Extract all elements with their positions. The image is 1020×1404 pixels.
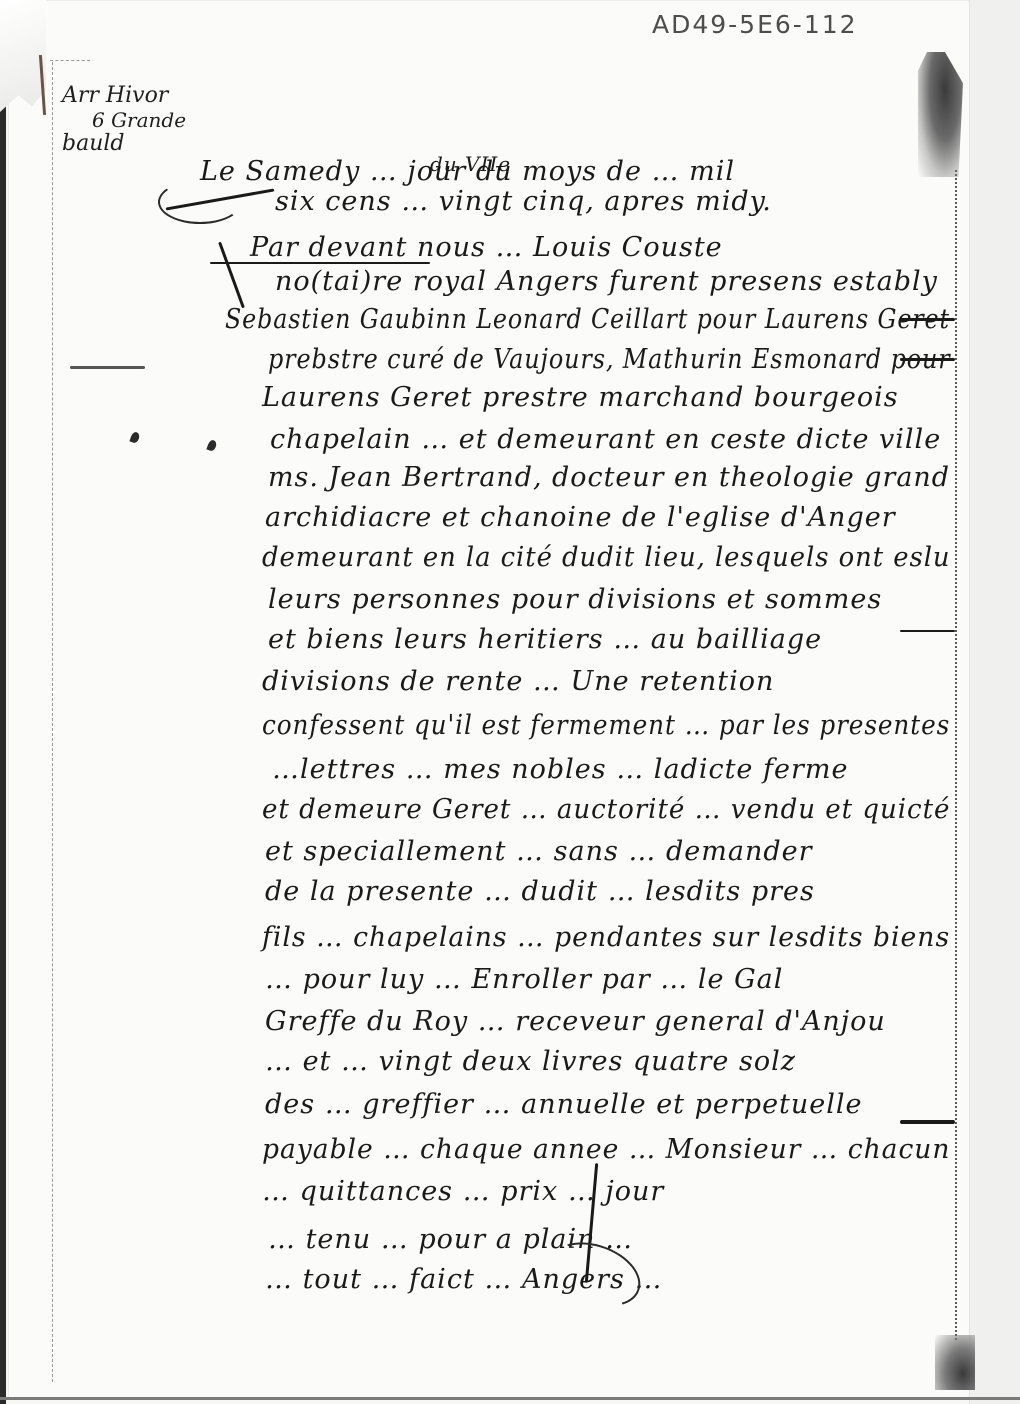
manuscript-line: ms. Jean Bertrand, docteur en theologie … [268, 462, 950, 493]
manuscript-line: Laurens Geret prestre marchand bourgeois [262, 382, 899, 413]
scan-bottom-edge [0, 1397, 1020, 1400]
margin-note-line: bauld [62, 132, 186, 156]
manuscript-line: divisions de rente … Une retention [262, 666, 774, 697]
manuscript-line: Sebastien Gaubinn Leonard Ceillart pour … [225, 304, 950, 335]
manuscript-line: six cens … vingt cinq, apres midy. [275, 186, 772, 217]
scan-left-edge [0, 0, 6, 1404]
manuscript-line: confessent qu'il est fermement … par les… [262, 710, 950, 741]
manuscript-line: … et … vingt deux livres quatre solz [265, 1046, 796, 1077]
manuscript-line: et biens leurs heritiers … au bailliage [268, 624, 822, 655]
flourish-loop [158, 180, 242, 224]
right-paper-edge [955, 170, 957, 1340]
scanned-page: AD49-5E6-112 Arr Hivor 6 Grande bauld du… [0, 0, 1020, 1404]
archive-reference: AD49-5E6-112 [652, 10, 858, 39]
manuscript-line: Par devant nous … Louis Couste [250, 232, 723, 263]
ink-smudge-bottom-right [935, 1335, 975, 1390]
manuscript-line: et demeure Geret … auctorité … vendu et … [262, 794, 950, 825]
manuscript-line: no(tai)re royal Angers furent presens es… [275, 266, 938, 297]
margin-note-line: Arr Hivor [62, 84, 186, 108]
top-margin-rule [50, 60, 90, 61]
manuscript-line: chapelain … et demeurant en ceste dicte … [270, 424, 941, 455]
margin-scribble [70, 366, 145, 369]
manuscript-line: …lettres … mes nobles … ladicte ferme [272, 754, 848, 785]
line-filler-stroke [900, 1120, 955, 1124]
manuscript-line: Greffe du Roy … receveur general d'Anjou [265, 1006, 886, 1037]
manuscript-line: prebstre curé de Vaujours, Mathurin Esmo… [268, 344, 951, 375]
line-filler-stroke [900, 630, 955, 632]
manuscript-line: … quittances … prix … jour [262, 1176, 664, 1207]
manuscript-line: … pour luy … Enroller par … le Gal [265, 964, 783, 995]
manuscript-line: des … greffier … annuelle et perpetuelle [265, 1089, 863, 1120]
manuscript-line: archidiacre et chanoine de l'eglise d'An… [265, 502, 896, 533]
manuscript-line: et speciallement … sans … demander [265, 836, 813, 867]
manuscript-line: payable … chaque annee … Monsieur … chac… [262, 1134, 950, 1165]
line-filler-stroke [900, 358, 955, 361]
manuscript-line: demeurant en la cité dudit lieu, lesquel… [262, 542, 951, 573]
manuscript-line: de la presente … dudit … lesdits pres [265, 876, 815, 907]
underline-stroke [210, 262, 430, 264]
margin-note-line: 6 Grande [62, 108, 186, 132]
manuscript-line: fils … chapelains … pendantes sur lesdit… [262, 922, 950, 953]
left-margin-rule [52, 62, 53, 1382]
manuscript-line: Le Samedy … jour du moys de … mil [200, 156, 735, 187]
line-filler-stroke [900, 318, 955, 321]
margin-note: Arr Hivor 6 Grande bauld [62, 84, 186, 156]
scan-right-margin [969, 0, 1020, 1404]
manuscript-line: leurs personnes pour divisions et sommes [268, 584, 882, 615]
